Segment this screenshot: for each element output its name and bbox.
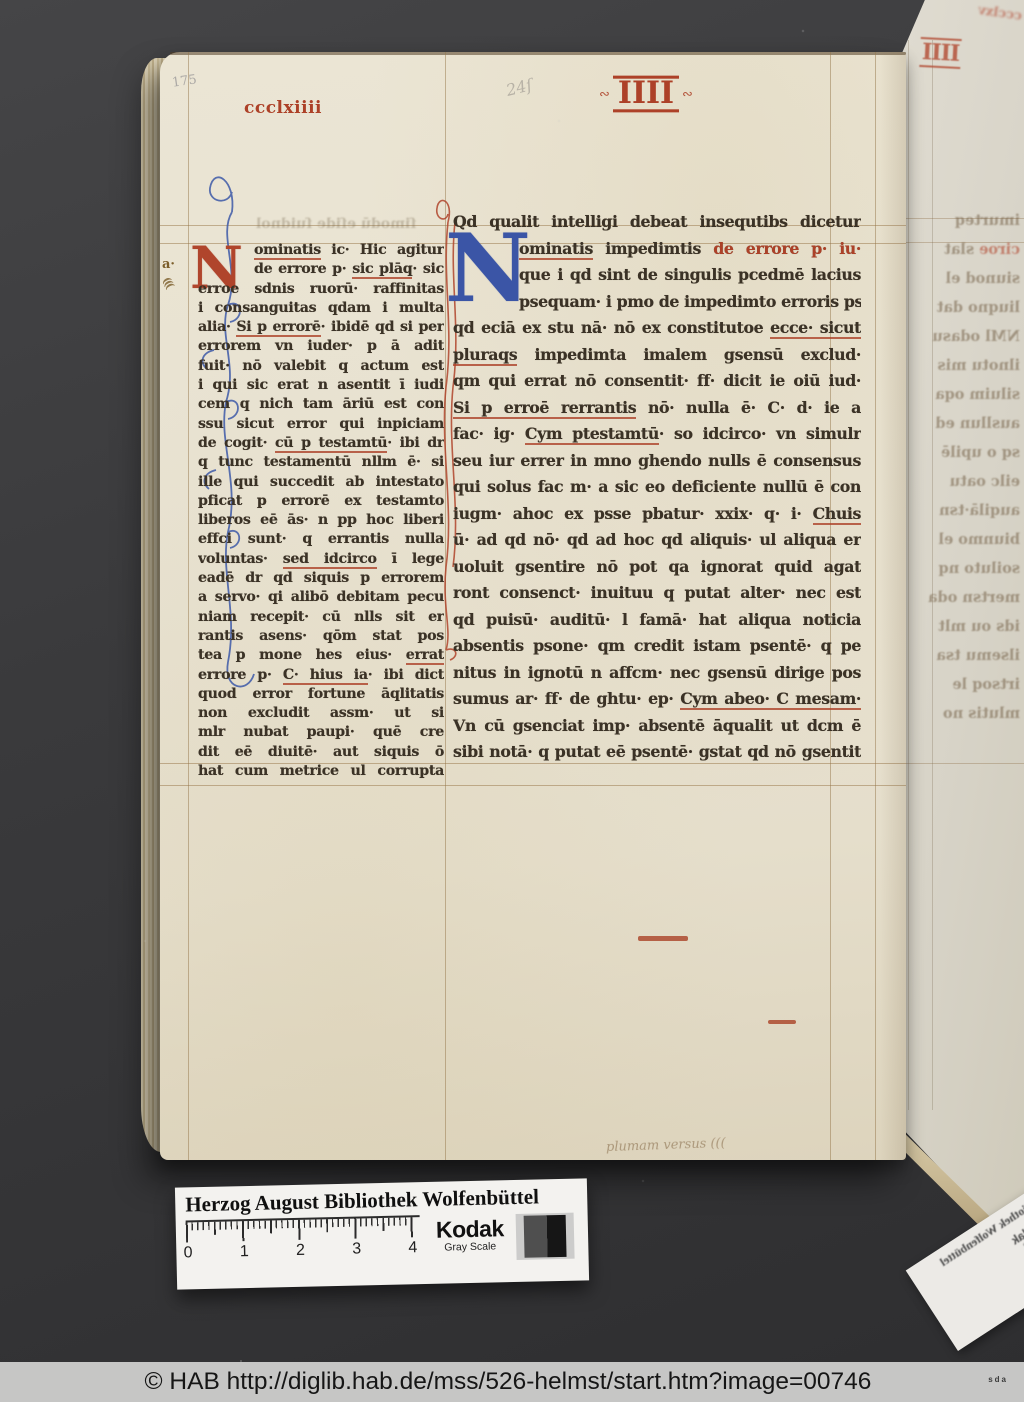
manuscript-text-line: psequam· i pmo de impedimto erroris pson… bbox=[453, 292, 861, 319]
grayscale-label: Gray Scale bbox=[436, 1240, 504, 1254]
showthrough-text-line: ids ou mlt bbox=[924, 618, 1020, 647]
red-ink-smudge bbox=[768, 1020, 796, 1024]
ruling-line bbox=[875, 52, 876, 1160]
photo-stage: IIII ccclxv imurteqciroe slatsiunod elli… bbox=[0, 0, 1024, 1402]
manuscript-text-line: liberos eē ās· n pp hoc liberi bbox=[198, 512, 444, 531]
manuscript-text-line: hat cum metrice ul corrupta bbox=[198, 763, 444, 782]
rubric-flourish: ∾ bbox=[679, 87, 696, 102]
manuscript-text-line: errore p· C· hius ia· ibi dict bbox=[198, 667, 444, 686]
dust-specks bbox=[240, 1360, 242, 1362]
manuscript-text-line: de errore p· sic plāq· sic bbox=[198, 261, 444, 280]
manuscript-text-line: ssu sicut error qui inpiciam bbox=[198, 416, 444, 435]
showthrough-text-line: imurteq bbox=[924, 212, 1020, 241]
gray-scale-patch bbox=[515, 1213, 574, 1260]
ruler-number: 4 bbox=[408, 1239, 417, 1257]
manuscript-text-line: qd puisū· auditū· l famā· hat aliqua not… bbox=[453, 610, 861, 637]
manuscript-text-line: sibi notā· q putat eē psentē· gstat qd n… bbox=[453, 742, 861, 769]
manuscript-text-line: nitus in ignotū n affcm· nec gsensū diri… bbox=[453, 663, 861, 690]
manuscript-text-line: ille qui succedit ab intestato bbox=[198, 474, 444, 493]
text-column-left: ominatis ic· Hic agiturde errore p· sic … bbox=[198, 242, 444, 782]
manuscript-text-line: dit eē diuitē· aut siquis ō bbox=[198, 744, 444, 763]
adjacent-leaf-folio-smudge: ccclxv bbox=[977, 3, 1023, 24]
manuscript-text-line: q tunc testamentū nllm ē· si bbox=[198, 454, 444, 473]
manuscript-text-line: sumus ar· ff· de ghtu· ep· Cym abeo· C m… bbox=[453, 689, 861, 716]
showthrough-text-line: liuqno dat bbox=[924, 299, 1020, 328]
manuscript-text-line: quod error fortune āqlitatis bbox=[198, 686, 444, 705]
manuscript-text-line: fac· ig· Cym ptestamtū· so idcirco· vn s… bbox=[453, 424, 861, 451]
showthrough-text-line: ciroe slat bbox=[924, 241, 1020, 270]
pencil-squiggle: 24ſ bbox=[504, 75, 534, 100]
ruler-number: 0 bbox=[184, 1244, 193, 1262]
red-ink-smudge bbox=[638, 936, 688, 941]
showthrough-text-line: ausllun ed bbox=[924, 415, 1020, 444]
showthrough-header: ſimodū eſide ſuidnol bbox=[256, 216, 416, 232]
ruling-line bbox=[160, 785, 906, 786]
showthrough-text-line: siunod el bbox=[924, 270, 1020, 299]
showthrough-text-line: eilc oatu bbox=[924, 473, 1020, 502]
showthrough-text-line: sq o upilē bbox=[924, 444, 1020, 473]
showthrough-text-line: mlutis no bbox=[924, 705, 1020, 734]
manuscript-text-line: ominatis impedimtis de errore p· iu· bbox=[453, 239, 861, 266]
manuscript-text-line: seu iur errer in mno ghendo nulls ē cons… bbox=[453, 451, 861, 478]
adjacent-leaf: IIII ccclxv imurteqciroe slatsiunod elli… bbox=[890, 0, 1024, 1270]
catchword: plumam versus ((( bbox=[606, 1136, 726, 1155]
folio-number-rubric: ccclxiiii bbox=[244, 98, 322, 118]
manuscript-text-line: effci sunt· q errantis nulla bbox=[198, 531, 444, 550]
manuscript-text-line: Si p erroē rerrantis nō· nulla ē· C· d· … bbox=[453, 398, 861, 425]
footer-edge-mark: sda bbox=[988, 1375, 1008, 1384]
manuscript-text-line: voluntas· sed idcirco ī lege bbox=[198, 551, 444, 570]
manuscript-text-line: errorem vn iuder· p ā adit bbox=[198, 338, 444, 357]
manuscript-text-line: uoluit gsentire nō pot qa ignorat quid a… bbox=[453, 557, 861, 584]
manuscript-text-line: Qd qualit intelligi debeat insequtibs di… bbox=[453, 212, 861, 239]
cm-ruler: 01234 bbox=[186, 1215, 421, 1267]
manuscript-page: 175 ccclxiiii 24ſ ∾ IIII ∾ a· ((( ſimodū… bbox=[160, 52, 906, 1160]
manuscript-text-line: fuit· nō valebit q actum est bbox=[198, 358, 444, 377]
manuscript-text-line: rantis asens· qōm stat pos bbox=[198, 628, 444, 647]
ruler-number: 1 bbox=[240, 1243, 249, 1261]
showthrough-text-line: auqilā·tsn bbox=[924, 502, 1020, 531]
manuscript-text-line: ominatis ic· Hic agitur bbox=[198, 242, 444, 261]
margin-note: a· ((( bbox=[162, 258, 175, 290]
showthrough-text-column: imurteqciroe slatsiunod elliuqno datNMl … bbox=[924, 212, 1020, 734]
margin-note-letter: a· bbox=[162, 257, 175, 272]
ruler-numbers: 01234 bbox=[186, 1239, 420, 1264]
manuscript-text-line: pluraqs impedimta imalem gsensū exclud· bbox=[453, 345, 861, 372]
manuscript-text-line: i consanguitas qdam i multa bbox=[198, 300, 444, 319]
ruling-line bbox=[890, 763, 1024, 764]
manuscript-text-line: absentis psone· qm credit istam psentē· … bbox=[453, 636, 861, 663]
gray-scale-patch-squares bbox=[523, 1215, 566, 1258]
pencil-foliation: 175 bbox=[171, 72, 198, 90]
manuscript-text-line: non excludit assm· ut si bbox=[198, 705, 444, 724]
showthrough-text-line: irtsoq le bbox=[924, 676, 1020, 705]
manuscript-text-line: Vn cū gsenciat imp· absentē āqualit ut d… bbox=[453, 716, 861, 743]
showthrough-text-line: ilsemu tsa bbox=[924, 647, 1020, 676]
manuscript-text-line: niam recepit· cū nlls sit er bbox=[198, 609, 444, 628]
manuscript-text-line: a servo· qi alibō debitam pecu bbox=[198, 589, 444, 608]
manuscript-text-line: ū· ad qd nō· qd ad hoc qd aliquis· ul al… bbox=[453, 530, 861, 557]
showthrough-text-line: mertsn oda bbox=[924, 589, 1020, 618]
manuscript-text-line: de cogit· cū p testamtū· ibi dr bbox=[198, 435, 444, 454]
header-numeral: IIII bbox=[613, 76, 679, 113]
showthrough-text-line: biunmo el bbox=[924, 531, 1020, 560]
manuscript-text-line: i qui sic erat n asentit ī iudi bbox=[198, 377, 444, 396]
manuscript-text-line: eadē dr qd siquis p errorem bbox=[198, 570, 444, 589]
showthrough-text-line: soiluto nq bbox=[924, 560, 1020, 589]
adjacent-leaf-numeral: IIII bbox=[919, 37, 962, 69]
manuscript-text-line: qm qui errat nō consentit· ff· dicit ie … bbox=[453, 371, 861, 398]
footer-strip: © HAB http://diglib.hab.de/mss/526-helms… bbox=[0, 1362, 1024, 1402]
showthrough-text-line: ilnotu mis bbox=[924, 357, 1020, 386]
ruler-number: 3 bbox=[352, 1240, 361, 1258]
margin-tick-marks: ((( bbox=[160, 275, 178, 293]
manuscript-text-line: alia· Si p errorē· ibidē qd si per bbox=[198, 319, 444, 338]
manuscript-text-line: que i qd sint de singulis pcedmē lacius bbox=[453, 265, 861, 292]
manuscript-text-line: qui solus fac m· a sic eo deficiente nul… bbox=[453, 477, 861, 504]
showthrough-text-line: siluim oqa bbox=[924, 386, 1020, 415]
manuscript-text-line: erroe sdnis ruorū· raffinitas bbox=[198, 281, 444, 300]
manuscript-text-line: iugm· ahoc ex psse pbatur· xxix· q· i· C… bbox=[453, 504, 861, 531]
manuscript-text-line: cem q nich tam āriū est con bbox=[198, 396, 444, 415]
manuscript-text-line: ront consenct· inuituu q putat alter· ne… bbox=[453, 583, 861, 610]
scale-card: Herzog August Bibliothek Wolfenbüttel 01… bbox=[175, 1178, 589, 1289]
manuscript-text-line: mlr nubat paupi· quē cre bbox=[198, 724, 444, 743]
showthrough-text-line: NMl odasu bbox=[924, 328, 1020, 357]
ruling-line bbox=[908, 40, 909, 1110]
text-column-right: Qd qualit intelligi debeat insequtibs di… bbox=[453, 212, 861, 769]
ruler-number: 2 bbox=[296, 1242, 305, 1260]
header-numeral-rubric: ∾ IIII ∾ bbox=[596, 76, 696, 112]
manuscript-text-line: pficat p errorē ex testamto bbox=[198, 493, 444, 512]
rubric-flourish: ∾ bbox=[596, 87, 613, 102]
manuscript-text-line: qd eciā ex stu nā· nō ex constitutoe ecc… bbox=[453, 318, 861, 345]
source-url-text: © HAB http://diglib.hab.de/mss/526-helms… bbox=[0, 1362, 1020, 1402]
manuscript-text-line: tea p mone hes eius· errat bbox=[198, 647, 444, 666]
